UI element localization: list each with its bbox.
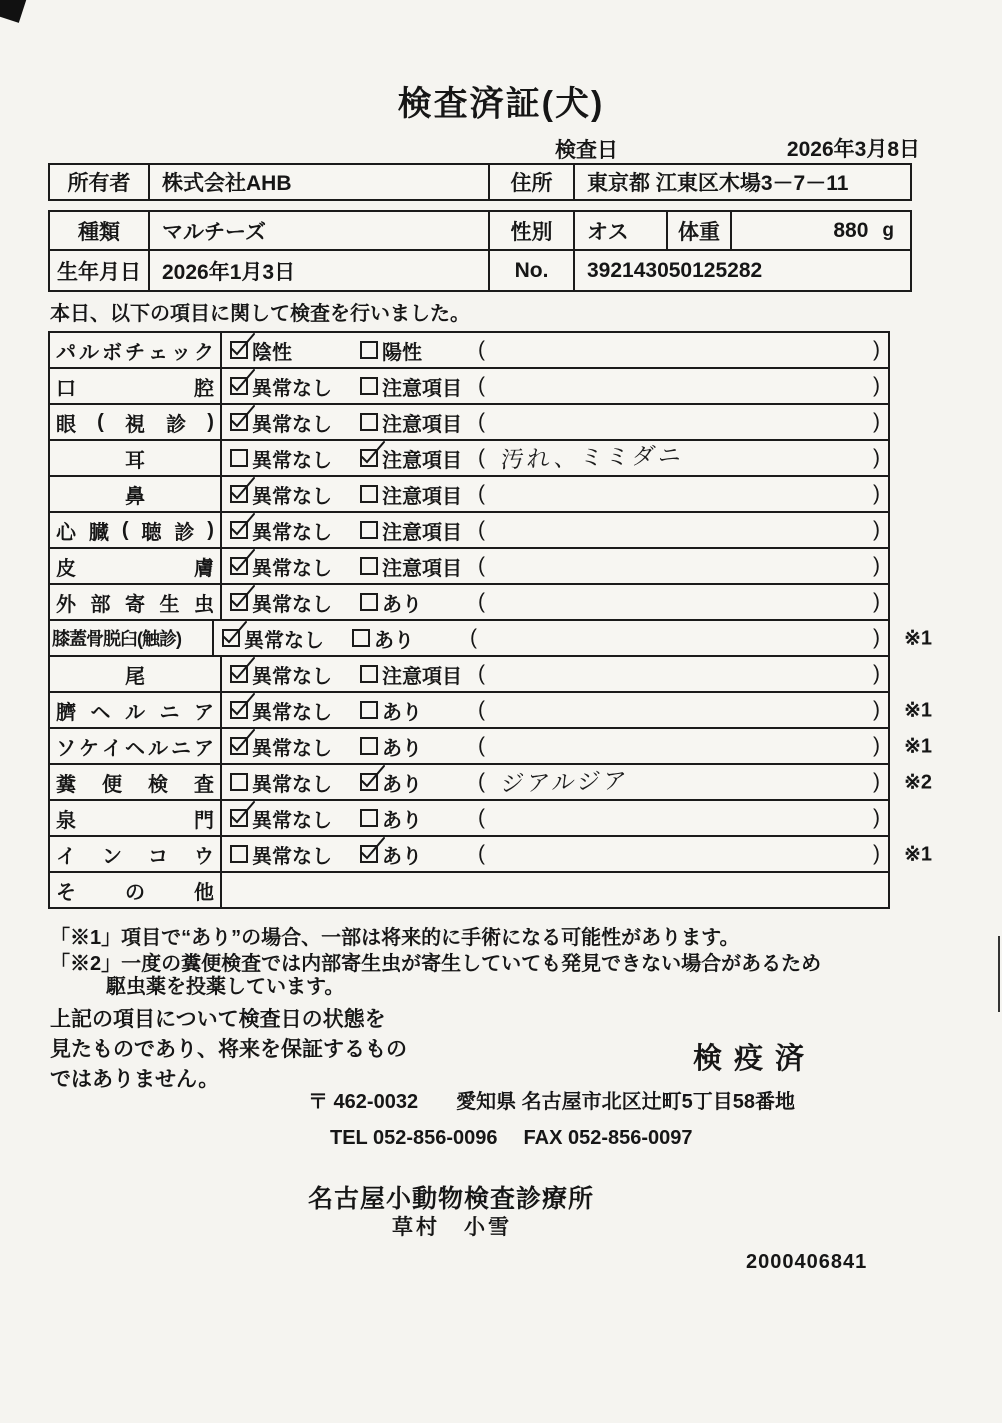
label-char: イ (56, 840, 76, 869)
checkbox-option: 陰性 (230, 333, 292, 367)
checkbox-unchecked-icon (360, 665, 378, 683)
checklist-row-content: 異常なしあり(ジアルジア) (222, 765, 888, 799)
serial-number: 2000406841 (746, 1251, 867, 1274)
checklist-item-label: 糞便検査 (50, 765, 222, 799)
checkbox-unchecked-icon (230, 845, 248, 863)
label-char: 視 (125, 408, 145, 437)
label-char: 検 (148, 768, 168, 797)
label-char: 尾 (125, 660, 145, 689)
breed-label: 種類 (50, 212, 150, 249)
open-paren: ( (478, 518, 485, 542)
footnote-mark: ※1 (904, 698, 932, 723)
label-char: 寄 (125, 588, 145, 617)
checkbox-option-label: 異常なし (252, 516, 332, 545)
remarks-field: () (470, 621, 880, 655)
checkbox-option-label: 注意項目 (382, 660, 462, 689)
checkbox-option: 異常なし (230, 477, 332, 511)
checkbox-option: 注意項目 (360, 441, 462, 475)
label-char: 糞 (56, 768, 76, 797)
close-paren: ) (873, 842, 880, 866)
owner-table: 所有者 株式会社AHB 住所 東京都 江東区木場3－7－11 (48, 163, 912, 201)
no-value: 392143050125282 (575, 251, 910, 290)
checklist-row-content: 異常なしあり() (222, 837, 888, 871)
handwritten-remark: 汚れ、ミミダニ (483, 436, 686, 474)
checklist-item-label: 膝蓋骨脱臼(触診) (50, 621, 214, 655)
open-paren: ( (478, 734, 485, 758)
checklist-row: 口腔異常なし注意項目() (50, 369, 888, 405)
disclaimer-line: 見たものであり、将来を保証するもの (50, 1035, 407, 1065)
remarks-field: () (478, 405, 880, 439)
close-paren: ) (873, 554, 880, 578)
open-paren: ( (478, 554, 485, 578)
label-char: ェ (148, 336, 168, 365)
checklist-row: 泉門異常なしあり() (50, 801, 888, 837)
remarks-field: () (478, 729, 880, 763)
checkbox-option-label: 異常なし (252, 588, 332, 617)
checkbox-checked-icon (230, 341, 248, 359)
label-char: ケ (79, 732, 99, 761)
checklist-row-content: 異常なし注意項目() (222, 369, 888, 403)
checkbox-checked-icon (230, 593, 248, 611)
checkbox-unchecked-icon (360, 521, 378, 539)
label-char: ( (97, 411, 104, 434)
checklist-row-content: 異常なし注意項目(汚れ、ミミダニ) (222, 441, 888, 475)
label-char: ヘ (91, 696, 111, 725)
checkbox-option-label: 陽性 (382, 336, 422, 365)
remarks-field: () (478, 549, 880, 583)
checklist-row-content: 異常なしあり() (222, 585, 888, 619)
checkbox-option: 陽性 (360, 333, 422, 367)
checkbox-option-label: 注意項目 (382, 372, 462, 401)
label-char: 腔 (194, 372, 214, 401)
footnote-2-continued: 駆虫薬を投薬しています。 (106, 970, 344, 999)
clinic-address: 愛知県 名古屋市北区辻町5丁目58番地 (456, 1091, 795, 1113)
label-char: 門 (194, 804, 214, 833)
checklist-row: 臍ヘルニア異常なしあり()※1 (50, 693, 888, 729)
close-paren: ) (873, 662, 880, 686)
checkbox-option: 異常なし (230, 729, 332, 763)
checkbox-unchecked-icon (360, 737, 378, 755)
clinic-address-row: 〒 462-0032愛知県 名古屋市北区辻町5丁目58番地 (308, 1085, 795, 1114)
footnote-mark: ※1 (904, 842, 932, 867)
label-char: 部 (91, 588, 111, 617)
no-label: No. (490, 251, 575, 290)
close-paren: ) (873, 806, 880, 830)
label-char: ソ (56, 732, 76, 761)
remarks-field: () (478, 585, 880, 619)
clinic-fax: FAX 052-856-0097 (524, 1127, 693, 1149)
label-char: 虫 (194, 588, 214, 617)
checkbox-option: 異常なし (222, 621, 324, 655)
open-paren: ( (478, 662, 485, 686)
checklist-table: パルボチェック陰性陽性()口腔異常なし注意項目()眼(視診)異常なし注意項目()… (48, 331, 890, 909)
checkbox-checked-icon (230, 521, 248, 539)
label-char: 皮 (56, 552, 76, 581)
checkbox-option-label: 異常なし (252, 768, 332, 797)
checkbox-option-label: 異常なし (252, 732, 332, 761)
checkbox-option: あり (360, 729, 422, 763)
checkbox-option: あり (360, 765, 422, 799)
remarks-field: () (478, 477, 880, 511)
checkbox-option: あり (352, 621, 414, 655)
checkbox-unchecked-icon (360, 341, 378, 359)
checklist-row: 外部寄生虫異常なしあり() (50, 585, 888, 621)
checkbox-checked-icon (230, 557, 248, 575)
label-char: ア (194, 732, 214, 761)
checkbox-option: 注意項目 (360, 369, 462, 403)
footnote-mark: ※1 (904, 734, 932, 759)
owner-value: 株式会社AHB (150, 165, 490, 199)
label-char: ウ (194, 840, 214, 869)
clinic-postal-code: 〒 462-0032 (308, 1091, 418, 1113)
checkbox-checked-icon (222, 629, 240, 647)
checklist-row: その他 (50, 873, 888, 907)
checklist-row: 耳異常なし注意項目(汚れ、ミミダニ) (50, 441, 888, 477)
open-paren: ( (478, 806, 485, 830)
label-char: 便 (102, 768, 122, 797)
checkbox-checked-icon (360, 449, 378, 467)
checkbox-unchecked-icon (352, 629, 370, 647)
checkbox-option: あり (360, 801, 422, 835)
pet-table: 種類 マルチーズ 性別 オス 体重 880 g 生年月日 2026年1月3日 N… (48, 210, 912, 292)
close-paren: ) (873, 410, 880, 434)
checkbox-option: 注意項目 (360, 549, 462, 583)
checkbox-option-label: あり (382, 696, 422, 725)
checklist-row: 糞便検査異常なしあり(ジアルジア)※2 (50, 765, 888, 801)
close-paren: ) (873, 626, 880, 650)
label-char: そ (56, 876, 76, 905)
checklist-row-content: 陰性陽性() (222, 333, 888, 367)
scan-artifact (998, 936, 1000, 1012)
checkbox-option-label: あり (382, 768, 422, 797)
weight-value: 880 g (732, 212, 910, 249)
checkbox-option-label: あり (382, 588, 422, 617)
veterinarian-name: 草村 小雪 (392, 1211, 512, 1241)
close-paren: ) (873, 374, 880, 398)
checkbox-unchecked-icon (230, 449, 248, 467)
close-paren: ) (873, 770, 880, 794)
checklist-row-content: 異常なしあり() (222, 729, 888, 763)
checkbox-option-label: あり (382, 840, 422, 869)
checkbox-option: 異常なし (230, 585, 332, 619)
checklist-row: 心臓(聴診)異常なし注意項目() (50, 513, 888, 549)
open-paren: ( (478, 698, 485, 722)
open-paren: ( (478, 842, 485, 866)
label-char: 眼 (56, 408, 76, 437)
checkbox-option: 注意項目 (360, 657, 462, 691)
label-char: チ (125, 336, 145, 365)
label-char: ボ (102, 336, 122, 365)
open-paren: ( (478, 590, 485, 614)
footnote-mark: ※1 (904, 626, 932, 651)
label-char: 膚 (194, 552, 214, 581)
birth-label: 生年月日 (50, 251, 150, 290)
label-char: 心 (56, 516, 76, 545)
scanned-certificate-page: 検査済証(犬) 検査日 2026年3月8日 所有者 株式会社AHB 住所 東京都… (0, 0, 1002, 1423)
checkbox-option: 異常なし (230, 693, 332, 727)
remarks-field: (ジアルジア) (478, 765, 880, 799)
clinic-phone-row: TEL 052-856-0096FAX 052-856-0097 (330, 1127, 693, 1150)
checklist-row-content: 異常なしあり() (222, 801, 888, 835)
owner-label: 所有者 (50, 165, 150, 199)
checklist-row: 尾異常なし注意項目() (50, 657, 888, 693)
checkbox-option-label: 陰性 (252, 336, 292, 365)
label-char: 臍 (56, 696, 76, 725)
checkbox-option-label: 異常なし (252, 372, 332, 401)
checklist-item-label: 耳 (50, 441, 222, 475)
label-char: ル (125, 696, 145, 725)
checklist-row: 眼(視診)異常なし注意項目() (50, 405, 888, 441)
checkbox-option-label: 注意項目 (382, 408, 462, 437)
checkbox-checked-icon (230, 737, 248, 755)
label-char: 臓 (89, 516, 109, 545)
checklist-item-label: 鼻 (50, 477, 222, 511)
checkbox-option-label: 異常なし (252, 480, 332, 509)
disclaimer-text: 上記の項目について検査日の状態を 見たものであり、将来を保証するもの ではありま… (50, 1005, 407, 1095)
close-paren: ) (873, 518, 880, 542)
footnote-1: 「※1」項目で“あり”の場合、一部は将来的に手術になる可能性があります。 (50, 921, 740, 950)
checklist-row-content: 異常なし注意項目() (222, 549, 888, 583)
label-char: 他 (194, 876, 214, 905)
checkbox-unchecked-icon (360, 593, 378, 611)
checklist-item-label: 口腔 (50, 369, 222, 403)
label-char: ッ (171, 336, 191, 365)
remarks-field: () (478, 333, 880, 367)
label-char: パ (56, 336, 76, 365)
checkbox-option-label: あり (374, 624, 414, 653)
checklist-row-content: 異常なし注意項目() (222, 657, 888, 691)
checkbox-option: あり (360, 585, 422, 619)
checklist-row-content (222, 873, 888, 907)
clinic-tel: TEL 052-856-0096 (330, 1127, 498, 1149)
checklist-item-label: 尾 (50, 657, 222, 691)
checkbox-unchecked-icon (360, 557, 378, 575)
sex-value: オス (575, 212, 668, 249)
label-char: ル (79, 336, 99, 365)
checklist-row: 皮膚異常なし注意項目() (50, 549, 888, 585)
open-paren: ( (478, 374, 485, 398)
checkbox-unchecked-icon (360, 377, 378, 395)
label-char: ニ (160, 696, 180, 725)
disclaimer-line: 上記の項目について検査日の状態を (50, 1005, 407, 1035)
open-paren: ( (478, 482, 485, 506)
remarks-field: () (478, 657, 880, 691)
checkbox-option-label: 異常なし (252, 552, 332, 581)
footnote-mark: ※2 (904, 770, 932, 795)
close-paren: ) (873, 590, 880, 614)
label-char: ) (207, 519, 214, 542)
label-char: 鼻 (125, 480, 145, 509)
checkbox-unchecked-icon (360, 701, 378, 719)
checkbox-checked-icon (360, 773, 378, 791)
label-char: 聴 (141, 516, 161, 545)
weight-number: 880 (833, 219, 868, 243)
checklist-row-content: 異常なし注意項目() (222, 513, 888, 547)
open-paren: ( (478, 338, 485, 362)
checkbox-checked-icon (360, 845, 378, 863)
open-paren: ( (478, 410, 485, 434)
label-char: 口 (56, 372, 76, 401)
checkbox-checked-icon (230, 377, 248, 395)
checkbox-option: 異常なし (230, 405, 332, 439)
checkbox-checked-icon (230, 665, 248, 683)
label-char: 診 (174, 516, 194, 545)
label-char: 泉 (56, 804, 76, 833)
checkbox-option-label: あり (382, 804, 422, 833)
checkbox-option: 異常なし (230, 441, 332, 475)
label-char: ル (148, 732, 168, 761)
close-paren: ) (873, 698, 880, 722)
birth-value: 2026年1月3日 (150, 251, 490, 290)
checklist-item-label: 皮膚 (50, 549, 222, 583)
checkbox-option-label: 注意項目 (382, 552, 462, 581)
checkbox-option-label: 異常なし (252, 804, 332, 833)
checklist-row: インコウ異常なしあり()※1 (50, 837, 888, 873)
sex-label: 性別 (490, 212, 575, 249)
address-label: 住所 (490, 165, 575, 199)
checkbox-option-label: 異常なし (252, 408, 332, 437)
scan-artifact (0, 0, 27, 23)
checklist-row: 膝蓋骨脱臼(触診)異常なしあり()※1 (50, 621, 888, 657)
label-char: ニ (171, 732, 191, 761)
checkbox-option: 異常なし (230, 513, 332, 547)
checkbox-checked-icon (230, 413, 248, 431)
checklist-row-content: 異常なしあり() (222, 693, 888, 727)
address-value: 東京都 江東区木場3－7－11 (575, 165, 910, 199)
checkbox-checked-icon (230, 701, 248, 719)
breed-value: マルチーズ (150, 212, 490, 249)
checklist-row: ソケイヘルニア異常なしあり()※1 (50, 729, 888, 765)
close-paren: ) (873, 446, 880, 470)
remarks-field: () (478, 693, 880, 727)
checkbox-option: 異常なし (230, 837, 332, 871)
checkbox-option: 異常なし (230, 369, 332, 403)
remarks-field: () (478, 369, 880, 403)
checkbox-option-label: 異常なし (252, 444, 332, 473)
label-char: ヘ (125, 732, 145, 761)
label-char: 耳 (125, 444, 145, 473)
open-paren: ( (470, 626, 477, 650)
label-char: 診 (166, 408, 186, 437)
checkbox-option: 注意項目 (360, 513, 462, 547)
checkbox-checked-icon (230, 809, 248, 827)
checkbox-unchecked-icon (360, 809, 378, 827)
checkbox-option-label: 注意項目 (382, 480, 462, 509)
checklist-item-label: パルボチェック (50, 333, 222, 367)
label-char: イ (102, 732, 122, 761)
checkbox-option-label: 注意項目 (382, 516, 462, 545)
checkbox-option: 異常なし (230, 657, 332, 691)
label-char: 外 (56, 588, 76, 617)
checklist-row-content: 異常なし注意項目() (222, 477, 888, 511)
checklist-item-label: 外部寄生虫 (50, 585, 222, 619)
checkbox-option-label: あり (382, 732, 422, 761)
checkbox-option-label: 注意項目 (382, 444, 462, 473)
checkbox-option: あり (360, 693, 422, 727)
label-char: の (125, 876, 145, 905)
checkbox-unchecked-icon (360, 485, 378, 503)
checkbox-option-label: 異常なし (252, 840, 332, 869)
checklist-row: パルボチェック陰性陽性() (50, 333, 888, 369)
checklist-item-label: 臍ヘルニア (50, 693, 222, 727)
checkbox-option-label: 異常なし (244, 624, 324, 653)
checkbox-checked-icon (230, 485, 248, 503)
page-title: 検査済証(犬) (0, 76, 1002, 125)
exam-date-label: 検査日 (555, 134, 618, 164)
close-paren: ) (873, 482, 880, 506)
label-char: ク (194, 336, 214, 365)
remarks-field: () (478, 801, 880, 835)
label-char: コ (148, 840, 168, 869)
weight-unit: g (882, 220, 894, 242)
checklist-item-label: 心臓(聴診) (50, 513, 222, 547)
clinic-name: 名古屋小動物検査診療所 (308, 1179, 594, 1215)
checklist-item-label: 泉門 (50, 801, 222, 835)
remarks-field: (汚れ、ミミダニ) (478, 441, 880, 475)
checklist-row-content: 異常なしあり() (214, 621, 888, 655)
label-char: ) (207, 411, 214, 434)
checkbox-option: 異常なし (230, 801, 332, 835)
checkbox-option: 注意項目 (360, 477, 462, 511)
checklist-item-label: 眼(視診) (50, 405, 222, 439)
label-char: ア (194, 696, 214, 725)
weight-label: 体重 (668, 212, 732, 249)
label-char: ( (122, 519, 129, 542)
checkbox-option: 異常なし (230, 765, 332, 799)
close-paren: ) (873, 338, 880, 362)
checkbox-option: 異常なし (230, 549, 332, 583)
checklist-item-label: インコウ (50, 837, 222, 871)
checklist-row-content: 異常なし注意項目() (222, 405, 888, 439)
remarks-field: () (478, 513, 880, 547)
checkbox-option: あり (360, 837, 422, 871)
quarantine-passed-stamp: 検疫済 (693, 1036, 816, 1077)
checklist-row: 鼻異常なし注意項目() (50, 477, 888, 513)
label-char: 査 (194, 768, 214, 797)
exam-date-value: 2026年3月8日 (787, 133, 920, 163)
checklist-item-label: その他 (50, 873, 222, 907)
close-paren: ) (873, 734, 880, 758)
remarks-field: () (478, 837, 880, 871)
checkbox-unchecked-icon (230, 773, 248, 791)
checklist-item-label: ソケイヘルニア (50, 729, 222, 763)
label-char: ン (102, 840, 122, 869)
checkbox-option-label: 異常なし (252, 696, 332, 725)
checkbox-option: 注意項目 (360, 405, 462, 439)
intro-text: 本日、以下の項目に関して検査を行いました。 (50, 297, 470, 326)
checkbox-option-label: 異常なし (252, 660, 332, 689)
checkbox-unchecked-icon (360, 413, 378, 431)
label-char: 生 (160, 588, 180, 617)
handwritten-remark: ジアルジア (483, 762, 631, 799)
